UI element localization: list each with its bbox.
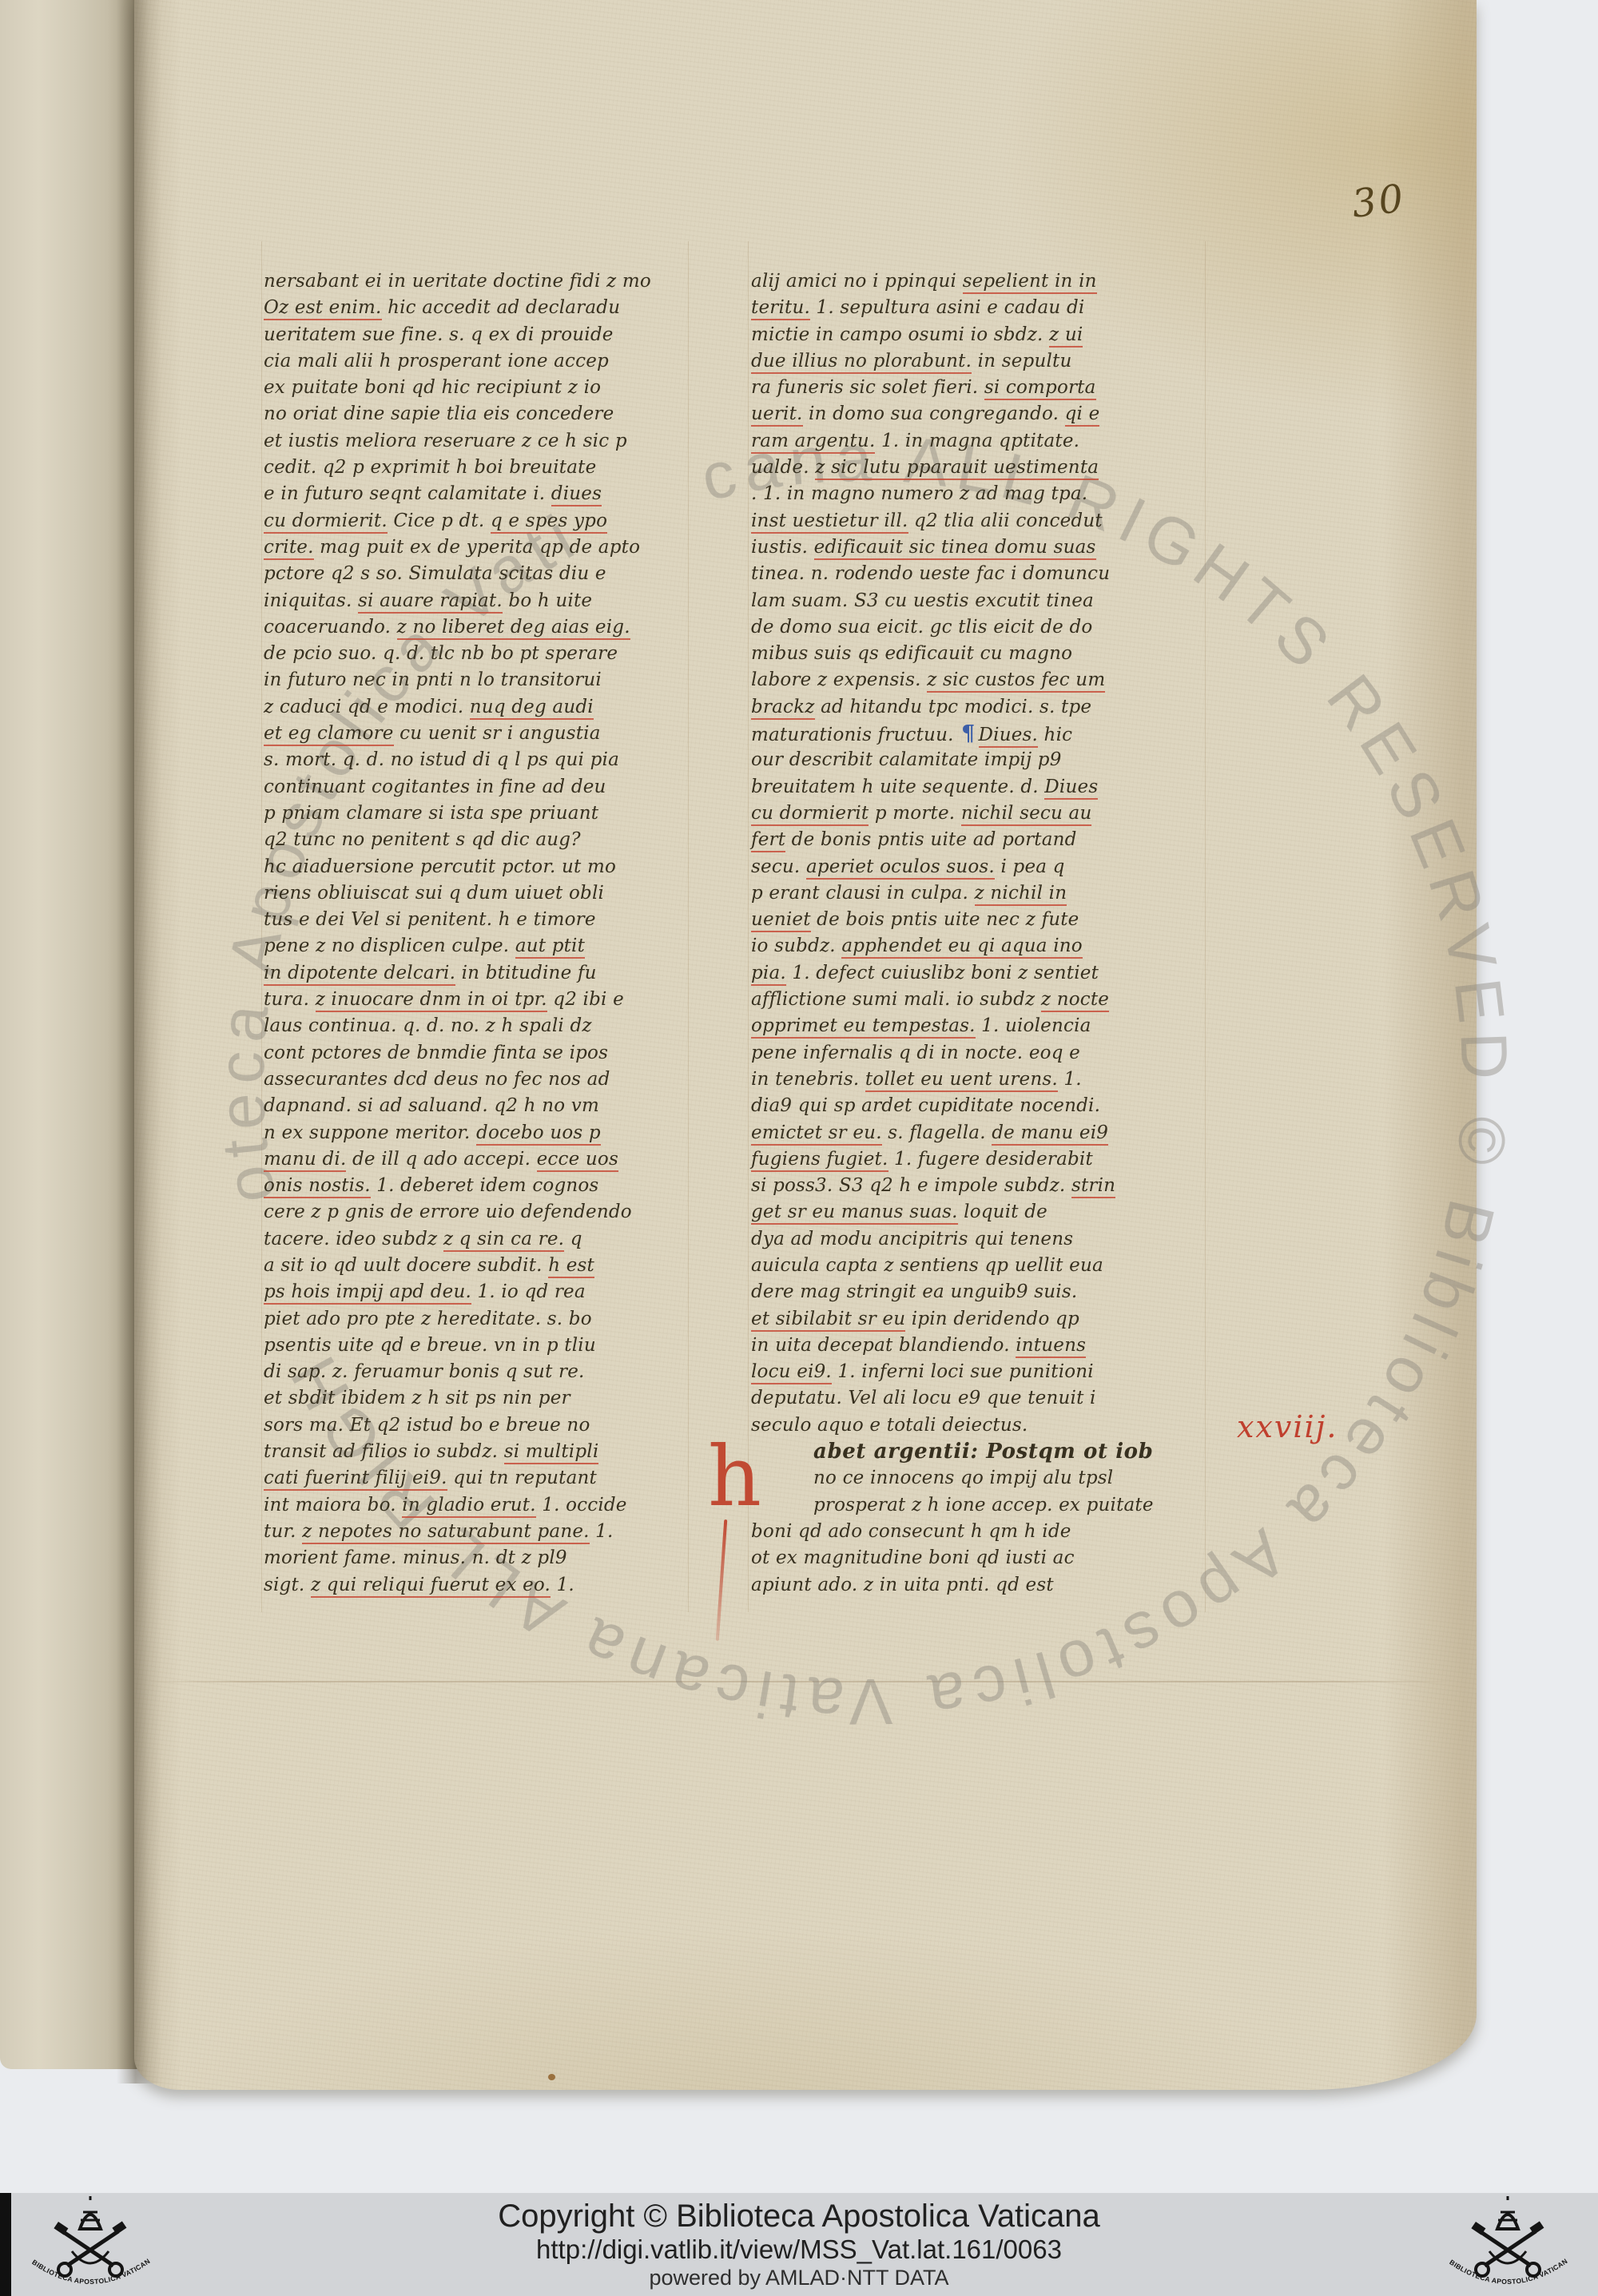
rubricated-phrase: cati fuerint filij ei9. — [264, 1468, 447, 1491]
logo-caption: BIBLIOTECA APOSTOLICA VATICANA — [1440, 2195, 1569, 2286]
manuscript-line: morient fame. minus. n. dt z pl9 — [264, 1545, 699, 1571]
manuscript-line: iustis. edificauit sic tinea domu suas — [751, 534, 1213, 561]
facing-page-edge — [0, 0, 137, 2069]
manuscript-line: z caduci qd e modici. nuq deg audi — [264, 694, 699, 721]
manuscript-line: tur. z nepotes no saturabunt pane. 1. — [264, 1519, 699, 1545]
manuscript-line: inst uestietur ill. q2 tlia alii concedu… — [751, 508, 1213, 534]
rubricated-phrase: ecce uos — [537, 1149, 618, 1172]
manuscript-line: Oz est enim. hic accedit ad declaradu — [264, 295, 699, 321]
rubricated-phrase: fert — [751, 829, 785, 852]
rubricated-phrase: locu ei9. — [751, 1361, 832, 1384]
powered-by-text: powered by AMLAD·NTT DATA — [0, 2266, 1598, 2290]
manuscript-line: piet ado pro pte z hereditate. s. bo — [264, 1306, 699, 1333]
rubricated-phrase: si comporta — [984, 377, 1096, 400]
manuscript-line: brackz ad hitandu tpc modici. s. tpe — [751, 694, 1213, 721]
manuscript-line: s. mort. q. d. no istud di q l ps qui pi… — [264, 747, 699, 773]
manuscript-line: assecurantes dcd deus no fec nos ad — [264, 1067, 699, 1093]
manuscript-line: no ce innocens qo impij alu tpsl — [751, 1465, 1213, 1492]
manuscript-line: pia. 1. defect cuiuslibz boni z sentiet — [751, 960, 1213, 987]
rubricated-phrase: si multipli — [504, 1441, 599, 1464]
rubricated-phrase: cu dormierit. — [264, 510, 388, 534]
rubricated-phrase: uerit. — [751, 403, 803, 427]
ruling-line-vertical — [261, 241, 262, 1612]
rubricated-phrase: ueniet — [751, 909, 811, 932]
rubricated-phrase: strin — [1071, 1175, 1115, 1198]
manuscript-line: breuitatem h uite sequente. d. Diues — [751, 774, 1213, 800]
rubricated-phrase: in gladio erut. — [402, 1495, 535, 1518]
rubricated-phrase: edificauit sic tinea domu suas — [814, 537, 1096, 560]
manuscript-line: mibus suis qs edificauit cu magno — [751, 641, 1213, 667]
rubricated-phrase: z no liberet deg aias eig. — [397, 617, 630, 640]
rubricated-phrase: z nichil in — [975, 883, 1067, 906]
manuscript-line: et sbdit ibidem z h sit ps nin per — [264, 1385, 699, 1412]
manuscript-line: ps hois impij apd deu. 1. io qd rea — [264, 1279, 699, 1305]
decorated-initial: h — [708, 1438, 764, 1515]
manuscript-line: pene z no displicen culpe. aut ptit — [264, 933, 699, 959]
rubricated-phrase: z nocte — [1041, 989, 1109, 1012]
manuscript-line: mictie in campo osumi io sbdz. z ui — [751, 322, 1213, 348]
crossed-keys-icon: BIBLIOTECA APOSTOLICA VATICANA — [1440, 2195, 1576, 2294]
rubricated-phrase: ps hois impij apd deu. — [264, 1281, 471, 1305]
manuscript-line: deputatu. Vel ali locu e9 que tenuit i — [751, 1385, 1213, 1412]
manuscript-line: cu dormierit p morte. nichil secu au — [751, 800, 1213, 827]
copyright-text: Copyright © Biblioteca Apostolica Vatica… — [0, 2193, 1598, 2234]
manuscript-line: get sr eu manus suas. loquit de — [751, 1199, 1213, 1225]
rubricated-phrase: et sibilabit sr eu — [751, 1309, 905, 1332]
rubricated-phrase: pia. — [751, 963, 786, 986]
rubricated-phrase: fugiens fugiet. — [751, 1149, 888, 1172]
manuscript-line: tus e dei Vel si penitent. h e timore — [264, 907, 699, 933]
rubricated-phrase: opprimet eu tempestas. — [751, 1015, 976, 1039]
manuscript-line: dapnand. si ad saluand. q2 h no vm — [264, 1093, 699, 1119]
rubricated-phrase: tollet eu uent urens. — [865, 1069, 1058, 1092]
manuscript-line: transit ad filios io subdz. si multipli — [264, 1439, 699, 1465]
rubricated-phrase: onis nostis. — [264, 1175, 371, 1198]
rubricated-phrase: get sr eu manus suas. — [751, 1202, 958, 1225]
ruling-line-vertical — [748, 241, 749, 1612]
manuscript-line: et sibilabit sr eu ipin deridendo qp — [751, 1306, 1213, 1333]
rubricated-phrase: nichil secu au — [961, 803, 1092, 826]
manuscript-line: locu ei9. 1. inferni loci sue punitioni — [751, 1359, 1213, 1385]
manuscript-line: et iustis meliora reseruare z ce h sic p — [264, 428, 699, 455]
manuscript-line: pctore q2 s so. Simulata scitas diu e — [264, 561, 699, 587]
manuscript-line: a sit io qd uult docere subdit. h est — [264, 1253, 699, 1279]
rubricated-phrase: intuens — [1016, 1335, 1086, 1358]
rubricated-phrase: Oz est enim. — [264, 297, 382, 320]
rubricated-phrase: ram argentu. — [751, 431, 875, 454]
manuscript-line: tura. z inuocare dnm in oi tpr. q2 ibi e — [264, 987, 699, 1013]
manuscript-line: fugiens fugiet. 1. fugere desiderabit — [751, 1146, 1213, 1173]
rubricated-phrase: et eg clamore — [264, 723, 394, 746]
manuscript-line: iniquitas. si auare rapiat. bo h uite — [264, 588, 699, 614]
rubricated-phrase: docebo uos p — [476, 1122, 601, 1146]
manuscript-line: lam suam. S3 cu uestis excutit tinea — [751, 588, 1213, 614]
rubricated-phrase: de manu ei9 — [992, 1122, 1108, 1146]
manuscript-line: onis nostis. 1. deberet idem cognos — [264, 1173, 699, 1199]
manuscript-line: ex puitate boni qd hic recipiunt z io — [264, 375, 699, 401]
rubricated-phrase: Diues — [1044, 777, 1098, 800]
pilcrow-mark: ¶ — [960, 721, 978, 746]
manuscript-url: http://digi.vatlib.it/view/MSS_Vat.lat.1… — [0, 2234, 1598, 2264]
rubricated-phrase: z sic lutu pparauit uestimenta — [815, 457, 1099, 480]
manuscript-line: de pcio suo. q. d. tlc nb bo pt sperare — [264, 641, 699, 667]
parchment-stain — [548, 2074, 555, 2080]
vatican-library-logo-right: BIBLIOTECA APOSTOLICA VATICANA — [1440, 2195, 1576, 2294]
manuscript-line: in tenebris. tollet eu uent urens. 1. — [751, 1067, 1213, 1093]
manuscript-line: emictet sr eu. s. flagella. de manu ei9 — [751, 1120, 1213, 1146]
scan-background: cana ALL RIGHTS RESERVED © Biblioteca Ap… — [0, 0, 1598, 2193]
manuscript-line: ueniet de bois pntis uite nec z fute — [751, 907, 1213, 933]
manuscript-line: tacere. ideo subdz z q sin ca re. q — [264, 1226, 699, 1253]
manuscript-line: cati fuerint filij ei9. qui tn reputant — [264, 1465, 699, 1492]
rubricated-phrase: z ui — [1049, 324, 1083, 348]
rubricated-phrase: emictet sr eu. — [751, 1122, 882, 1146]
vatican-library-logo-left: BIBLIOTECA APOSTOLICA VATICANA — [22, 2195, 158, 2294]
manuscript-line: di sap. z. feruamur bonis q sut re. — [264, 1359, 699, 1385]
manuscript-line: cont pctores de bnmdie finta se ipos — [264, 1040, 699, 1067]
manuscript-line: laus continua. q. d. no. z h spali dz — [264, 1013, 699, 1039]
manuscript-line: de domo sua eicit. gc tlis eicit de do — [751, 614, 1213, 641]
manuscript-line: prosperat z h ione accep. ex puitate — [751, 1492, 1213, 1519]
manuscript-line: n ex suppone meritor. docebo uos p — [264, 1120, 699, 1146]
folio-number: 30 — [1350, 176, 1408, 227]
rubricated-phrase: due illius no plorabunt. — [751, 351, 972, 374]
text-column-2: alij amici no i ppinqui sepelient in int… — [751, 268, 1213, 1599]
manuscript-line: io subdz. apphendet eu qi aqua ino — [751, 933, 1213, 959]
manuscript-line: dia9 qui sp ardet cupiditate nocendi. — [751, 1093, 1213, 1119]
manuscript-line: due illius no plorabunt. in sepultu — [751, 348, 1213, 375]
manuscript-line: manu di. de ill q ado accepi. ecce uos — [264, 1146, 699, 1173]
rubricated-phrase: cu dormierit — [751, 803, 869, 826]
manuscript-line: ot ex magnitudine boni qd iusti ac — [751, 1545, 1213, 1571]
manuscript-line: secu. aperiet oculos suos. i pea q — [751, 854, 1213, 880]
manuscript-line: ram argentu. 1. in magna qptitate. — [751, 428, 1213, 455]
rubricated-phrase: si auare rapiat. — [358, 590, 503, 614]
manuscript-line: continuant cogitantes in fine ad deu — [264, 774, 699, 800]
rubricated-phrase: q e spes ypo — [491, 510, 607, 534]
rubricated-phrase: sepelient in in — [963, 271, 1097, 294]
manuscript-line: q2 tunc no penitent s qd dic aug? — [264, 827, 699, 853]
rubricated-phrase: inst uestietur ill. — [751, 510, 908, 534]
rubricated-phrase: h est — [548, 1255, 594, 1278]
manuscript-line: our describit calamitate impij p9 — [751, 747, 1213, 773]
manuscript-line: alij amici no i ppinqui sepelient in in — [751, 268, 1213, 295]
rubricated-phrase: apphendet eu qi aqua ino — [841, 935, 1083, 959]
manuscript-line: labore z expensis. z sic custos fec um — [751, 667, 1213, 693]
manuscript-line: dere mag stringit ea unguib9 suis. — [751, 1279, 1213, 1305]
manuscript-line: no oriat dine sapie tlia eis concedere — [264, 401, 699, 427]
logo-caption: BIBLIOTECA APOSTOLICA VATICANA — [22, 2195, 152, 2286]
manuscript-line: cedit. q2 p exprimit h boi breuitate — [264, 455, 699, 481]
parchment-crease — [145, 1681, 1453, 1682]
manuscript-line: hc aiaduersione percutit pctor. ut mo — [264, 854, 699, 880]
manuscript-line: cu dormierit. Cice p dt. q e spes ypo — [264, 508, 699, 534]
manuscript-line: in futuro nec in pnti n lo transitorui — [264, 667, 699, 693]
rubricated-phrase: teritu. — [751, 297, 810, 320]
manuscript-line: p erant clausi in culpa. z nichil in — [751, 880, 1213, 907]
rubricated-phrase: z nepotes no saturabunt pane. — [302, 1521, 590, 1544]
manuscript-line: cia mali alii h prosperant ione accep — [264, 348, 699, 375]
footer-bar: Copyright © Biblioteca Apostolica Vatica… — [0, 2193, 1598, 2296]
manuscript-line: in dipotente delcari. in btitudine fu — [264, 960, 699, 987]
rubricated-phrase: qi e — [1065, 403, 1100, 427]
manuscript-line: auicula capta z sentiens qp uellit eua — [751, 1253, 1213, 1279]
manuscript-line: si poss3. S3 q2 h e impole subdz. strin — [751, 1173, 1213, 1199]
rubricated-phrase: z sic custos fec um — [927, 669, 1105, 693]
manuscript-line: abet argentii: Postqm ot iob — [751, 1439, 1213, 1465]
manuscript-line: psentis uite qd e breue. vn in p tliu — [264, 1333, 699, 1359]
manuscript-line: afflictione sumi mali. io subdz z nocte — [751, 987, 1213, 1013]
manuscript-line: . 1. in magno numero z ad mag tpa. — [751, 481, 1213, 507]
manuscript-line: crite. mag puit ex de yperita qp de apto — [264, 534, 699, 561]
manuscript-line: e in futuro seqnt calamitate i. diues — [264, 481, 699, 507]
rubricated-phrase: nuq deg audi — [470, 697, 594, 720]
manuscript-line: maturationis fructuu. ¶Diues. hic — [751, 721, 1213, 747]
manuscript-line: et eg clamore cu uenit sr i angustia — [264, 721, 699, 747]
text-column-1: nersabant ei in ueritate doctine fidi z … — [264, 268, 699, 1599]
manuscript-line: pene infernalis q di in nocte. eoq e — [751, 1040, 1213, 1067]
manuscript-line: dya ad modu ancipitris qui tenens — [751, 1226, 1213, 1253]
manuscript-line: ualde. z sic lutu pparauit uestimenta — [751, 455, 1213, 481]
rubricated-phrase: Diues. — [979, 725, 1039, 748]
manuscript-line: seculo aquo e totali deiectus. — [751, 1412, 1213, 1439]
crossed-keys-icon: BIBLIOTECA APOSTOLICA VATICANA — [22, 2195, 158, 2294]
manuscript-line: riens obliuiscat sui q dum uiuet obli — [264, 880, 699, 907]
manuscript-line: ra funeris sic solet fieri. si comporta — [751, 375, 1213, 401]
rubricated-phrase: in dipotente delcari. — [264, 963, 455, 986]
chapter-number-marginal: xxviij. — [1237, 1409, 1338, 1444]
rubricated-phrase: manu di. — [264, 1149, 346, 1172]
manuscript-line: boni qd ado consecunt h qm h ide — [751, 1519, 1213, 1545]
manuscript-line: p pniam clamare si ista spe priuant — [264, 800, 699, 827]
manuscript-line: opprimet eu tempestas. 1. uiolencia — [751, 1013, 1213, 1039]
manuscript-line: ueritatem sue fine. s. q ex di prouide — [264, 322, 699, 348]
manuscript-line: int maiora bo. in gladio erut. 1. occide — [264, 1492, 699, 1519]
scan-edge-black — [0, 2193, 11, 2296]
manuscript-line: nersabant ei in ueritate doctine fidi z … — [264, 268, 699, 295]
rubricated-phrase: crite. — [264, 537, 314, 560]
manuscript-line: apiunt ado. z in uita pnti. qd est — [751, 1572, 1213, 1599]
manuscript-line: sigt. z qui reliqui fuerut ex eo. 1. — [264, 1572, 699, 1599]
rubricated-phrase: aut ptit — [515, 935, 585, 959]
rubricated-phrase: z qui reliqui fuerut ex eo. — [311, 1575, 551, 1598]
rubricated-phrase: z q sin ca re. — [443, 1229, 564, 1252]
rubricated-phrase: z inuocare dnm in oi tpr. — [316, 989, 547, 1012]
manuscript-line: cere z p gnis de errore uio defendendo — [264, 1199, 699, 1225]
manuscript-line: uerit. in domo sua congregando. qi e — [751, 401, 1213, 427]
rubricated-phrase: diues — [551, 483, 602, 506]
manuscript-line: tinea. n. rodendo ueste fac i domuncu — [751, 561, 1213, 587]
manuscript-line: coaceruando. z no liberet deg aias eig. — [264, 614, 699, 641]
rubricated-phrase: brackz — [751, 697, 815, 720]
manuscript-line: teritu. 1. sepultura asini e cadau di — [751, 295, 1213, 321]
manuscript-line: sors ma. Et q2 istud bo e breue no — [264, 1412, 699, 1439]
manuscript-line: fert de bonis pntis uite ad portand — [751, 827, 1213, 853]
rubricated-phrase: aperiet oculos suos. — [806, 856, 995, 880]
manuscript-line: in uita decepat blandiendo. intuens — [751, 1333, 1213, 1359]
